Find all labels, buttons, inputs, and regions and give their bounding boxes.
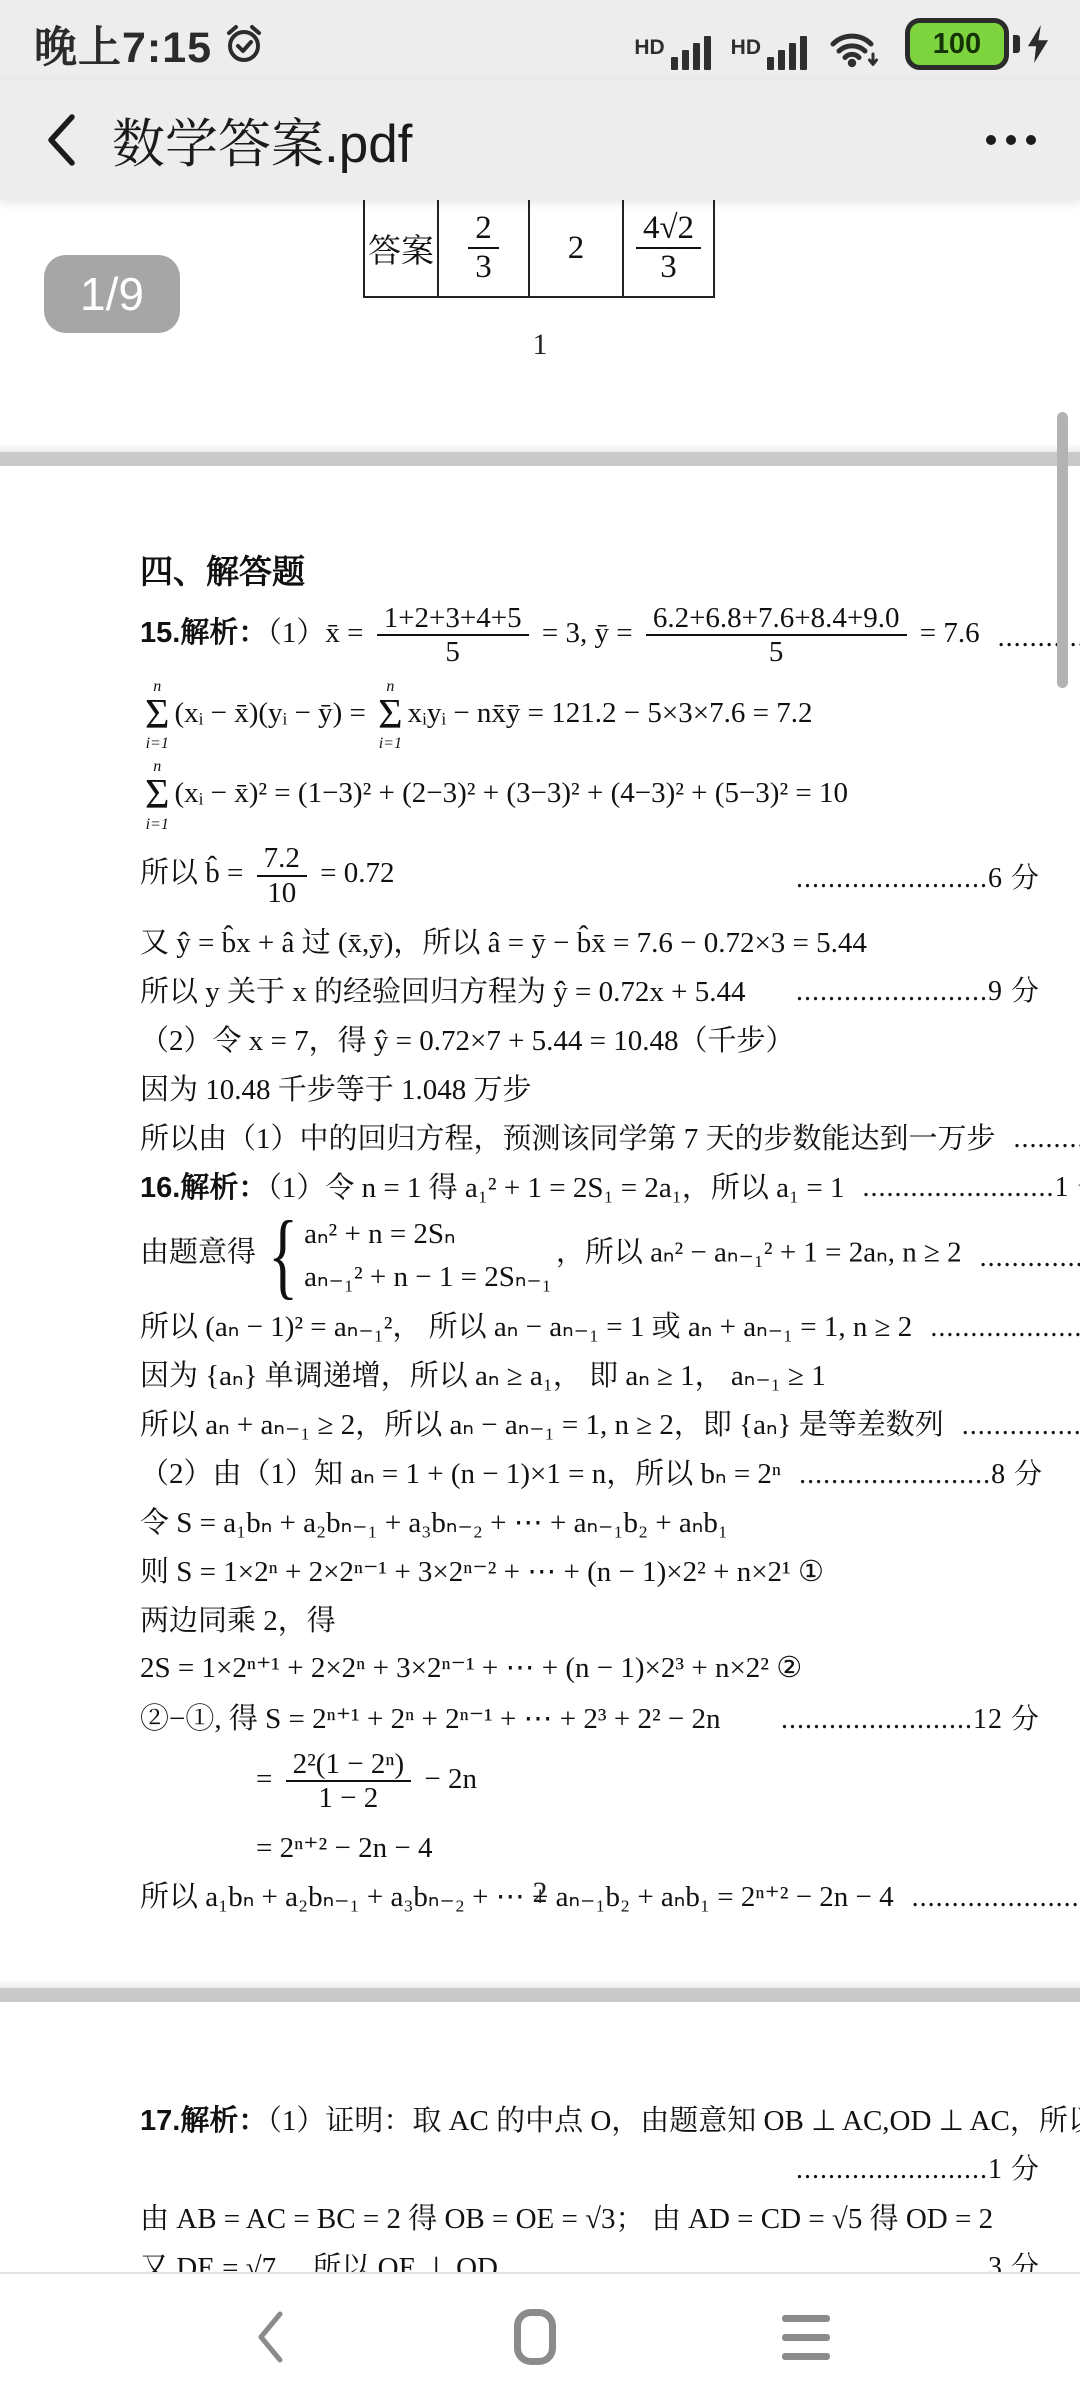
pdf-page-3: 17.解析：（1）证明：取 AC 的中点 O，由题意知 OB ⊥ AC,OD ⊥… — [0, 2002, 1080, 2272]
score-leader: ........................12 分 — [763, 1697, 1040, 1737]
signal-sim1-icon: HD — [634, 36, 710, 70]
solution-line: 由题意得{aₙ² + n = 2Sₙaₙ₋₁² + n − 1 = 2Sₙ₋₁，… — [140, 1212, 1040, 1298]
battery-icon: 100 — [905, 18, 1050, 70]
scrollbar-thumb[interactable] — [1057, 412, 1068, 688]
page-separator — [0, 1988, 1080, 2002]
answer-table-cell: 23 — [439, 200, 530, 298]
score-leader: ........................13 分 — [996, 1116, 1080, 1156]
solution-line: 由 AB = AC = BC = 2 得 OB = OE = √3； 由 AD … — [140, 2194, 1040, 2238]
battery-nub — [1013, 35, 1020, 53]
solution-line: 则 S = 1×2ⁿ + 2×2ⁿ⁻¹ + 3×2ⁿ⁻² + ⋯ + (n − … — [140, 1548, 1040, 1592]
solution-line: 因为 10.48 千步等于 1.048 万步 — [140, 1065, 1040, 1109]
solution-line: 又 ŷ = b̂x + â 过 (x̄,ȳ)，所以 â = ȳ − b̂x̄ =… — [140, 918, 1040, 962]
solution-line: ②−①, 得 S = 2ⁿ⁺¹ + 2ⁿ + 2ⁿ⁻¹ + ⋯ + 2³ + 2… — [140, 1695, 1040, 1739]
pdf-page-1: 答案2324√23 1 1/9 — [0, 200, 1080, 452]
solution-lines: 15.解析：（1）x̄ = 1+2+3+4+55 = 3, ȳ = 6.2+6.… — [140, 598, 1040, 1917]
document-title: 数学答案.pdf — [112, 102, 412, 178]
score-leader: ........................7 分 — [944, 1403, 1080, 1443]
solution-line: 两边同乘 2，得 — [140, 1597, 1040, 1641]
pdf-viewer[interactable]: 答案2324√23 1 1/9 四、解答题 15.解析：（1）x̄ = 1+2+… — [0, 200, 1080, 2272]
score-leader: ........................3 分 — [778, 2245, 1040, 2272]
solution-line: nΣi=1(xᵢ − x̄)² = (1−3)² + (2−3)² + (3−3… — [140, 758, 1040, 833]
wifi-icon — [827, 26, 885, 70]
battery-level: 100 — [933, 28, 981, 61]
answer-table-cell: 2 — [530, 200, 624, 298]
score-leader: ........................1 分 — [778, 2147, 1040, 2187]
solution-line: （2）由（1）知 aₙ = 1 + (n − 1)×1 = n，所以 bₙ = … — [140, 1450, 1040, 1494]
signal-sim2-icon: HD — [731, 36, 807, 70]
solution-line: 因为 {aₙ} 单调递增，所以 aₙ ≥ a₁， 即 aₙ ≥ 1， aₙ₋₁ … — [140, 1352, 1040, 1396]
score-leader: ........................8 分 — [781, 1452, 1043, 1492]
score-leader: ........................9 分 — [778, 969, 1040, 1009]
solution-line: （2）令 x = 7，得 ŷ = 0.72×7 + 5.44 = 10.48（千… — [140, 1016, 1040, 1060]
answer-table-cell: 答案 — [365, 200, 439, 298]
answer-table-cell: 4√23 — [624, 200, 715, 298]
solution-line: 所以由（1）中的回归方程，预测该同学第 7 天的步数能达到一万步 .......… — [140, 1114, 1040, 1158]
solution-line: 所以 aₙ + aₙ₋₁ ≥ 2，所以 aₙ − aₙ₋₁ = 1, n ≥ 2… — [140, 1401, 1040, 1445]
solution-line: 17.解析：（1）证明：取 AC 的中点 O，由题意知 OB ⊥ AC,OD ⊥… — [140, 2096, 1040, 2140]
nav-home-icon[interactable] — [514, 2309, 556, 2365]
solution-line: 所以 b̂ = 7.210 = 0.72 ...................… — [140, 838, 1040, 913]
solution-line: nΣi=1(xᵢ − x̄)(yᵢ − ȳ) = nΣi=1xᵢyᵢ − nx̄… — [140, 678, 1040, 753]
score-leader: ........................3 分 — [962, 1235, 1080, 1275]
status-icons: HD HD 100 — [634, 18, 1050, 70]
status-bar: 晚上7:15 HD HD 100 — [0, 0, 1080, 80]
score-leader: ........................5 分 — [912, 1305, 1080, 1345]
section-heading: 四、解答题 — [140, 546, 1040, 593]
nav-recents-icon[interactable] — [782, 2315, 830, 2360]
solution-line: 所以 (aₙ − 1)² = aₙ₋₁²， 所以 aₙ − aₙ₋₁ = 1 或… — [140, 1303, 1040, 1347]
charging-bolt-icon — [1026, 25, 1050, 63]
back-icon[interactable] — [44, 111, 78, 169]
pdf-page-2: 四、解答题 15.解析：（1）x̄ = 1+2+3+4+55 = 3, ȳ = … — [0, 466, 1080, 1988]
score-leader: ........................6 分 — [778, 856, 1040, 896]
solution-line: 所以 y 关于 x 的经验回归方程为 ŷ = 0.72x + 5.44 ....… — [140, 967, 1040, 1011]
page-separator — [0, 452, 1080, 466]
solution-line: 令 S = a₁bₙ + a₂bₙ₋₁ + a₃bₙ₋₂ + ⋯ + aₙ₋₁b… — [140, 1499, 1040, 1543]
page-number-footer: 1 — [0, 328, 1080, 362]
solution-line: 2S = 1×2ⁿ⁺¹ + 2×2ⁿ + 3×2ⁿ⁻¹ + ⋯ + (n − 1… — [140, 1646, 1040, 1690]
title-bar: 数学答案.pdf — [0, 80, 1080, 200]
screen: 晚上7:15 HD HD 100 — [0, 0, 1080, 2400]
solution-lines: 17.解析：（1）证明：取 AC 的中点 O，由题意知 OB ⊥ AC,OD ⊥… — [140, 2096, 1040, 2272]
more-menu-icon[interactable] — [986, 135, 1036, 145]
solution-line: 又 DE = √7 ，所以 OE ⊥ OD ..................… — [140, 2243, 1040, 2272]
score-leader: ........................1 分 — [844, 1165, 1080, 1205]
solution-line: 15.解析：（1）x̄ = 1+2+3+4+55 = 3, ȳ = 6.2+6.… — [140, 598, 1040, 673]
navigation-bar — [0, 2272, 1080, 2400]
solution-line: = 2²(1 − 2ⁿ)1 − 2 − 2n — [140, 1744, 1040, 1819]
solution-line: = 2ⁿ⁺² − 2n − 4 — [140, 1824, 1040, 1868]
page-number-footer: 2 — [0, 1876, 1080, 1910]
answer-table: 答案2324√23 — [363, 200, 715, 298]
status-time: 晚上7:15 — [34, 14, 212, 75]
alarm-clock-icon — [222, 22, 266, 66]
solution-line: ........................1 分 — [140, 2145, 1040, 2189]
nav-back-icon[interactable] — [250, 2307, 288, 2367]
page-indicator-badge: 1/9 — [44, 255, 180, 333]
